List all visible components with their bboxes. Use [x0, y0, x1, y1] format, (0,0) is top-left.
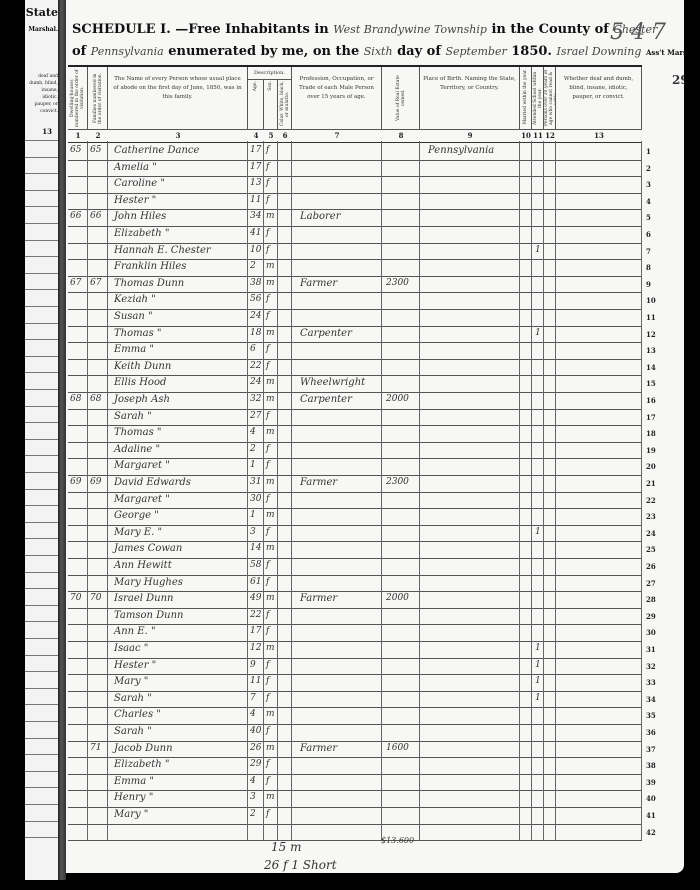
state-field: Pennsylvania: [91, 45, 164, 58]
scan-right-margin: [684, 0, 700, 890]
page-stamp: 5 4 7: [610, 20, 666, 45]
cell-age: 34: [250, 211, 261, 221]
header-line-2: of Pennsylvania enumerated by me, on the…: [72, 44, 700, 59]
row-number: 3: [646, 180, 651, 189]
left-page-column-number: 13: [42, 127, 52, 136]
cell-sex: f: [266, 759, 269, 769]
column-divider: [531, 141, 532, 840]
cell-family: 66: [90, 211, 101, 221]
cell-name: George ": [114, 510, 159, 521]
left-page-rule: [25, 572, 60, 573]
cell-age: 40: [250, 726, 261, 736]
cell-name: Thomas Dunn: [114, 278, 184, 289]
cell-birth: Pennsylvania: [428, 145, 494, 156]
cell-name: Susan ": [114, 311, 153, 322]
left-page-rule: [25, 356, 60, 357]
cell-sex: f: [266, 245, 269, 255]
census-table: Dwelling-houses numbered in the order of…: [68, 65, 642, 837]
column-header-11: Attended School within the year.: [532, 67, 544, 129]
cell-sex: f: [266, 311, 269, 321]
row-number: 10: [646, 296, 656, 305]
cell-sex: f: [266, 660, 269, 670]
cell-estate: 2000: [386, 593, 409, 603]
cell-sex: m: [266, 643, 275, 653]
left-page-rule: [25, 605, 60, 606]
cell-age: 18: [250, 328, 261, 338]
cell-sex: f: [266, 527, 269, 537]
column-header-label: Value of Real Estate owned.: [396, 69, 406, 127]
column-divider: [277, 141, 278, 840]
column-header-label: Place of Birth. Naming the State, Territ…: [420, 67, 519, 101]
row-number: 16: [646, 396, 656, 405]
tally-total: 26 f 1 Short: [264, 858, 337, 872]
cell-sex: m: [266, 261, 275, 271]
left-page-rule: [25, 555, 60, 556]
column-header-12: Persons over 20 years of age who cannot …: [544, 67, 556, 129]
cell-age: 30: [250, 494, 261, 504]
cell-age: 49: [250, 593, 261, 603]
cell-age: 31: [250, 477, 261, 487]
cell-sex: m: [266, 743, 275, 753]
cell-age: 3: [250, 527, 256, 537]
column-divider: [641, 141, 642, 840]
cell-age: 14: [250, 543, 261, 553]
cell-age: 1: [250, 460, 256, 470]
row-number: 23: [646, 512, 656, 521]
cell-age: 41: [250, 228, 261, 238]
row-number: 42: [646, 828, 656, 837]
row-number: 30: [646, 628, 656, 637]
cell-name: Ann Hewitt: [114, 560, 172, 571]
cell-age: 9: [250, 660, 256, 670]
row-number: 12: [646, 330, 656, 339]
cell-occupation: Carpenter: [300, 328, 352, 339]
left-page-rule: [25, 655, 60, 656]
cell-age: 29: [250, 759, 261, 769]
cell-name: Jacob Dunn: [114, 743, 173, 754]
cell-name: Mary ": [114, 809, 148, 820]
cell-sex: f: [266, 444, 269, 454]
cell-school: 1: [535, 328, 541, 338]
left-page-rule: [25, 638, 60, 639]
cell-sex: m: [266, 792, 275, 802]
column-header-label: The Name of every Person whose usual pla…: [108, 67, 247, 110]
cell-age: 4: [250, 776, 256, 786]
left-page-column-header: deaf and dumb, blind, insane, idiotic, p…: [25, 73, 58, 115]
column-header-5: Sex.: [264, 79, 278, 129]
cell-name: Keziah ": [114, 294, 156, 305]
column-header-label: Profession, Occupation, or Trade of each…: [292, 67, 381, 110]
cell-sex: f: [266, 361, 269, 371]
cell-dwelling: 68: [70, 394, 81, 404]
cell-dwelling: 70: [70, 593, 81, 603]
cell-sex: f: [266, 726, 269, 736]
cell-name: Franklin Hiles: [114, 261, 186, 272]
cell-name: Elizabeth ": [114, 759, 169, 770]
left-page-rule: [25, 821, 60, 822]
row-number: 33: [646, 678, 656, 687]
cell-name: Joseph Ash: [114, 394, 170, 405]
cell-family: 69: [90, 477, 101, 487]
description-group-header: Description.: [248, 67, 292, 80]
cell-name: Sarah ": [114, 726, 152, 737]
cell-sex: f: [266, 145, 269, 155]
cell-name: Tamson Dunn: [114, 610, 183, 621]
row-number: 35: [646, 711, 656, 720]
cell-age: 4: [250, 427, 256, 437]
column-header-6: Color. White, black, or mulatto.: [278, 79, 292, 129]
left-page-rule: [25, 206, 60, 207]
left-page-subtitle: Marshal.: [28, 26, 58, 33]
cell-sex: f: [266, 560, 269, 570]
cell-school: 1: [535, 527, 541, 537]
cell-family: 67: [90, 278, 101, 288]
cell-name: Ellis Hood: [114, 377, 166, 388]
row-number: 19: [646, 446, 656, 455]
cell-sex: f: [266, 494, 269, 504]
cell-name: Mary E. ": [114, 527, 162, 538]
cell-name: Hannah E. Chester: [114, 245, 211, 256]
cell-age: 56: [250, 294, 261, 304]
left-page-rule: [25, 289, 60, 290]
cell-estate: 2300: [386, 477, 409, 487]
column-header-10: Married within the year.: [520, 67, 532, 129]
cell-sex: f: [266, 676, 269, 686]
column-header-4: Age.: [248, 79, 264, 129]
column-number: 11: [532, 131, 544, 140]
row-number: 40: [646, 794, 656, 803]
left-page-rule: [25, 157, 60, 158]
book-binding: [58, 0, 66, 880]
column-divider: [107, 141, 108, 840]
cell-occupation: Farmer: [300, 278, 337, 289]
column-number: 12: [544, 131, 556, 140]
year-label: 1850.: [511, 44, 552, 59]
left-page-rule: [25, 372, 60, 373]
cell-age: 7: [250, 693, 256, 703]
column-number: 6: [278, 131, 292, 140]
left-page-rule: [25, 721, 60, 722]
cell-sex: m: [266, 278, 275, 288]
cell-sex: f: [266, 809, 269, 819]
cell-age: 3: [250, 792, 256, 802]
cell-age: 2: [250, 261, 256, 271]
cell-family: 68: [90, 394, 101, 404]
left-page-rule: [25, 804, 60, 805]
cell-name: Amelia ": [114, 162, 157, 173]
row-number: 36: [646, 728, 656, 737]
cell-age: 17: [250, 145, 261, 155]
cell-age: 24: [250, 311, 261, 321]
cell-sex: m: [266, 510, 275, 520]
left-page-rule: [25, 422, 60, 423]
estate-total: $13.600: [381, 836, 414, 845]
cell-name: Ann E. ": [114, 626, 156, 637]
row-number: 7: [646, 247, 651, 256]
left-page-rule: [25, 671, 60, 672]
column-number: 10: [520, 131, 532, 140]
column-header-8: Value of Real Estate owned.: [382, 67, 420, 129]
cell-school: 1: [535, 676, 541, 686]
column-divider: [381, 141, 382, 840]
cell-name: Emma ": [114, 776, 154, 787]
cell-sex: f: [266, 178, 269, 188]
column-number: 5: [264, 131, 278, 140]
cell-age: 6: [250, 344, 256, 354]
row-number: 38: [646, 761, 656, 770]
column-header-label: Married within the year.: [523, 69, 528, 125]
cell-name: Adaline ": [114, 444, 160, 455]
cell-family: 70: [90, 593, 101, 603]
cell-name: Isaac ": [114, 643, 148, 654]
row-number: 34: [646, 695, 656, 704]
row-number: 22: [646, 496, 656, 505]
left-page-rule: [25, 223, 60, 224]
column-divider: [263, 141, 264, 840]
cell-sex: m: [266, 377, 275, 387]
left-page-rule: [25, 738, 60, 739]
row-number: 41: [646, 811, 656, 820]
column-header-9: Place of Birth. Naming the State, Territ…: [420, 67, 520, 129]
left-page-rule: [25, 190, 60, 191]
cell-age: 1: [250, 510, 256, 520]
row-number: 11: [646, 313, 656, 322]
column-number: 3: [108, 131, 248, 140]
enumerated-label: enumerated by me, on the: [168, 44, 359, 59]
column-divider: [543, 141, 544, 840]
left-page-rule: [25, 306, 60, 307]
cell-age: 11: [250, 195, 261, 205]
row-number: 32: [646, 662, 656, 671]
column-header-label: Whether deaf and dumb, blind, insane, id…: [556, 67, 641, 110]
title-prefix: —Free Inhabitants in: [175, 22, 328, 37]
cell-age: 17: [250, 162, 261, 172]
cell-name: Mary Hughes: [114, 577, 183, 588]
cell-sex: f: [266, 344, 269, 354]
cell-sex: f: [266, 411, 269, 421]
left-page-rule: [25, 273, 60, 274]
left-page-rule: [25, 173, 60, 174]
township-field: West Brandywine Township: [333, 23, 487, 36]
left-page-rule: [25, 522, 60, 523]
cell-name: Hester ": [114, 195, 156, 206]
left-page-rule: [25, 256, 60, 257]
column-divider: [291, 141, 292, 840]
cell-school: 1: [535, 643, 541, 653]
cell-age: 32: [250, 394, 261, 404]
row-number: 21: [646, 479, 656, 488]
column-number: 4: [248, 131, 264, 140]
cell-name: David Edwards: [114, 477, 191, 488]
cell-name: Charles ": [114, 709, 161, 720]
row-number: 14: [646, 363, 656, 372]
left-page-rule: [25, 837, 60, 838]
row-number: 2: [646, 164, 651, 173]
left-page-rule: [25, 389, 60, 390]
cell-name: Henry ": [114, 792, 153, 803]
column-number: 13: [556, 131, 642, 140]
cell-sex: m: [266, 427, 275, 437]
cell-family: 71: [90, 743, 101, 753]
cell-name: James Cowan: [114, 543, 182, 554]
cell-age: 13: [250, 178, 261, 188]
column-header-13: Whether deaf and dumb, blind, insane, id…: [556, 67, 642, 129]
column-divider: [87, 141, 88, 840]
row-number: 31: [646, 645, 656, 654]
cell-name: Sarah ": [114, 411, 152, 422]
left-page-rule: [25, 323, 60, 324]
left-page-rule: [25, 472, 60, 473]
row-number: 9: [646, 280, 651, 289]
cell-dwelling: 69: [70, 477, 81, 487]
cell-school: 1: [535, 693, 541, 703]
row-number: 37: [646, 745, 656, 754]
cell-age: 38: [250, 278, 261, 288]
cell-sex: f: [266, 228, 269, 238]
left-page-rule: [25, 688, 60, 689]
cell-sex: f: [266, 693, 269, 703]
row-number: 20: [646, 462, 656, 471]
row-number: 15: [646, 379, 656, 388]
cell-dwelling: 66: [70, 211, 81, 221]
cell-age: 12: [250, 643, 261, 653]
left-page-rule: [25, 339, 60, 340]
census-page: SCHEDULE I. —Free Inhabitants in West Br…: [66, 0, 684, 873]
cell-occupation: Wheelwright: [300, 377, 365, 388]
cell-name: Thomas ": [114, 427, 162, 438]
cell-name: Catherine Dance: [114, 145, 199, 156]
row-number: 28: [646, 595, 656, 604]
cell-family: 65: [90, 145, 101, 155]
row-number: 4: [646, 197, 651, 206]
cell-age: 4: [250, 709, 256, 719]
header-line-1: SCHEDULE I. —Free Inhabitants in West Br…: [72, 22, 700, 37]
day-field: Sixth: [364, 45, 393, 58]
month-field: September: [445, 45, 506, 58]
row-number: 27: [646, 579, 656, 588]
row-number: 17: [646, 413, 656, 422]
column-header-2: Families numbered in the order of visita…: [88, 67, 108, 129]
cell-name: Margaret ": [114, 460, 170, 471]
column-number: 2: [88, 131, 108, 140]
cell-age: 27: [250, 411, 261, 421]
cell-age: 22: [250, 361, 261, 371]
column-header-label: Color. White, black, or mulatto.: [280, 81, 290, 127]
row-number: 24: [646, 529, 656, 538]
column-divider: [419, 141, 420, 840]
cell-occupation: Farmer: [300, 743, 337, 754]
row-number: 18: [646, 429, 656, 438]
left-page-rule: [25, 455, 60, 456]
row-number: 6: [646, 230, 651, 239]
cell-name: Hester ": [114, 660, 156, 671]
left-page-rule: [25, 787, 60, 788]
tally-males: 15 m: [271, 840, 301, 854]
column-header-7: Profession, Occupation, or Trade of each…: [292, 67, 382, 129]
left-page-rule: [25, 140, 60, 141]
column-header-1: Dwelling-houses numbered in the order of…: [68, 67, 88, 129]
cell-name: Mary ": [114, 676, 148, 687]
column-header-3: The Name of every Person whose usual pla…: [108, 67, 248, 129]
cell-sex: m: [266, 477, 275, 487]
cell-sex: f: [266, 610, 269, 620]
cell-occupation: Carpenter: [300, 394, 352, 405]
cell-estate: 1600: [386, 743, 409, 753]
cell-name: Margaret ": [114, 494, 170, 505]
row-number: 8: [646, 263, 651, 272]
cell-sex: f: [266, 776, 269, 786]
column-header-label: Families numbered in the order of visita…: [93, 69, 103, 127]
left-page-rule: [25, 489, 60, 490]
cell-sex: f: [266, 294, 269, 304]
cell-sex: m: [266, 709, 275, 719]
left-page-title: State: [26, 6, 58, 19]
cell-sex: f: [266, 460, 269, 470]
cell-age: 58: [250, 560, 261, 570]
left-page-rule: [25, 439, 60, 440]
cell-name: Thomas ": [114, 328, 162, 339]
cell-dwelling: 65: [70, 145, 81, 155]
cell-name: Emma ": [114, 344, 154, 355]
column-number: 1: [68, 131, 88, 140]
left-page-rule: [25, 538, 60, 539]
of-label: of: [72, 44, 86, 59]
cell-sex: f: [266, 195, 269, 205]
previous-page-edge: State Marshal. deaf and dumb, blind, ins…: [25, 0, 60, 880]
column-divider: [519, 141, 520, 840]
cell-sex: m: [266, 211, 275, 221]
cell-sex: m: [266, 394, 275, 404]
column-header-label: Dwelling-houses numbered in the order of…: [70, 69, 85, 127]
cell-estate: 2000: [386, 394, 409, 404]
cell-name: Keith Dunn: [114, 361, 171, 372]
cell-sex: f: [266, 162, 269, 172]
cell-age: 61: [250, 577, 261, 587]
column-header-label: Attended School within the year.: [533, 69, 543, 127]
column-header-label: Persons over 20 years of age who cannot …: [544, 69, 556, 127]
column-divider: [247, 141, 248, 840]
left-page-rule: [25, 240, 60, 241]
row-number: 13: [646, 346, 656, 355]
cell-name: Sarah ": [114, 693, 152, 704]
cell-age: 10: [250, 245, 261, 255]
cell-sex: m: [266, 543, 275, 553]
left-page-rule: [25, 505, 60, 506]
column-number: 7: [292, 131, 382, 140]
cell-dwelling: 67: [70, 278, 81, 288]
county-label: in the County of: [491, 22, 608, 37]
row-number: 39: [646, 778, 656, 787]
cell-age: 17: [250, 626, 261, 636]
cell-name: John Hiles: [114, 211, 166, 222]
left-page-rule: [25, 771, 60, 772]
row-number: 5: [646, 213, 651, 222]
left-page-rule: [25, 588, 60, 589]
cell-occupation: Farmer: [300, 477, 337, 488]
column-number: 9: [420, 131, 520, 140]
cell-name: Caroline ": [114, 178, 165, 189]
cell-name: Israel Dunn: [114, 593, 173, 604]
day-of-label: day of: [397, 44, 441, 59]
schedule-label: SCHEDULE I.: [72, 22, 171, 37]
row-number: 25: [646, 545, 656, 554]
cell-age: 24: [250, 377, 261, 387]
left-page-rule: [25, 754, 60, 755]
cell-age: 22: [250, 610, 261, 620]
cell-age: 2: [250, 444, 256, 454]
cell-occupation: Laborer: [300, 211, 341, 222]
cell-sex: m: [266, 593, 275, 603]
